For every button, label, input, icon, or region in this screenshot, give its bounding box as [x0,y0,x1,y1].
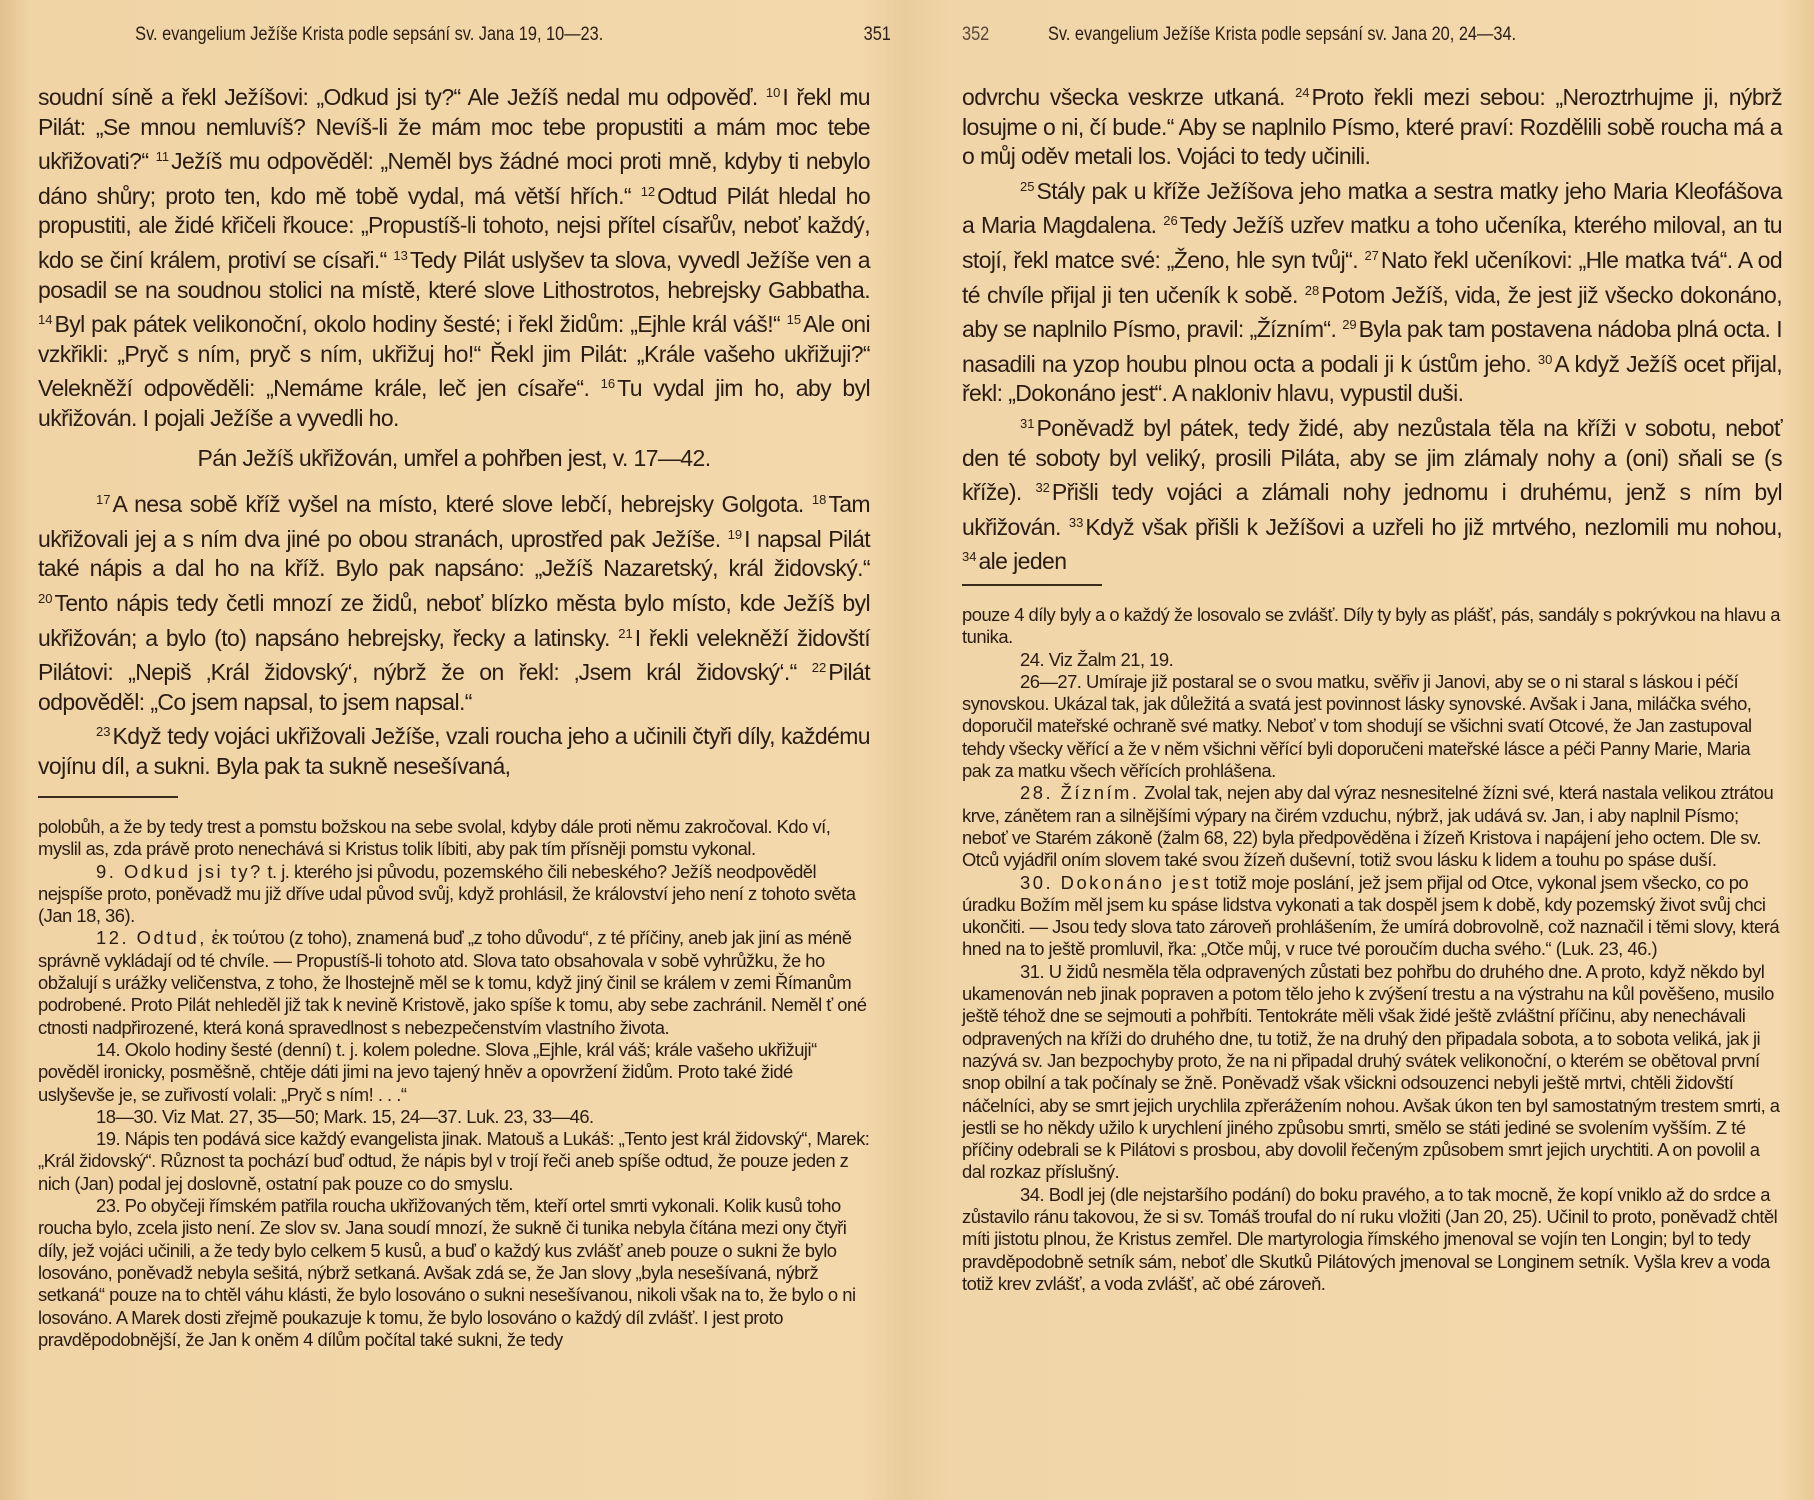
footnote-lead: 14. [96,1039,120,1060]
paragraph: odvrchu všecka veskrze utkaná. 24Proto ř… [962,78,1782,172]
verse-number: 14 [38,312,52,327]
verse-text: Když však přišli k Ježíšovi a uzřeli ho … [1085,514,1782,540]
verse-number: 29 [1342,317,1356,332]
verse-number: 12 [641,184,655,199]
verse-text: Byl pak pátek velikonoční, okolo hodiny … [54,311,780,337]
footnote: 12. Odtud, ἐκ τούτου (z toho), znamená b… [38,927,870,1038]
paragraph: 31Poněvadž byl pátek, tedy židé, aby nez… [962,409,1782,577]
right-main-text: odvrchu všecka veskrze utkaná. 24Proto ř… [962,78,1782,577]
verse-number: 18 [812,492,826,507]
footnote-rule [38,796,178,798]
verse-number: 17 [96,492,110,507]
verse-number: 10 [766,85,780,100]
paragraph: 25Stály pak u kříže Ježíšova jeho matka … [962,172,1782,409]
footnote: 14. Okolo hodiny šesté (denní) t. j. kol… [38,1039,870,1106]
verse-number: 32 [1035,480,1049,495]
footnote-lead: 12. Odtud, [96,927,207,948]
footnote-lead: 30. Dokonáno jest [1020,872,1211,893]
verse-number: 19 [728,527,742,542]
running-head-title: Sv. evangelium Ježíše Krista podle sepsá… [1048,24,1516,46]
right-page: 352 Sv. evangelium Ježíše Krista podle s… [962,0,1782,1500]
footnote: 19. Nápis ten podává sice každý evangeli… [38,1128,870,1195]
verse-number: 31 [1020,416,1034,431]
footnote-lead: 23. [96,1195,120,1216]
paragraph: soudní síně a řekl Ježíšovi: „Odkud jsi … [38,78,870,434]
left-page: Sv. evangelium Ježíše Krista podle sepsá… [38,0,870,1500]
footnote-lead: 31. [1020,961,1044,982]
verse-number: 24 [1295,85,1309,100]
right-running-head: 352 Sv. evangelium Ježíše Krista podle s… [962,24,1667,54]
right-footnotes: pouze 4 díly byly a o každý že losovalo … [962,558,1782,1295]
verse-number: 23 [96,724,110,739]
verse-number: 27 [1364,248,1378,263]
footnote-text: Po obyčeji římském patřila roucha ukřižo… [38,1195,856,1350]
verse-number: 11 [156,149,170,164]
footnote-lead: 24. [1020,649,1044,670]
verse-number: 28 [1305,283,1319,298]
page-number: 351 [864,24,891,46]
verse-number: 26 [1163,213,1177,228]
footnote: 9. Odkud jsi ty? t. j. kterého jsi původ… [38,861,870,928]
footnote: 18—30. Viz Mat. 27, 35—50; Mark. 15, 24—… [38,1106,870,1128]
footnote: 28. Žízním. Zvolal tak, nejen aby dal vý… [962,782,1782,871]
verse-number: 20 [38,591,52,606]
footnote-text: pouze 4 díly byly a o každý že losovalo … [962,604,1780,647]
footnote: 26—27. Umíraje již postaral se o svou ma… [962,671,1782,782]
footnote: polobůh, a že by tedy trest a pomstu bož… [38,816,870,861]
verse-text: A nesa sobě kříž vyšel na místo, které s… [112,491,803,517]
footnote-lead: 18—30. [96,1106,157,1127]
verse-text: odvrchu všecka veskrze utkaná. [962,84,1285,110]
verse-number: 30 [1538,352,1552,367]
left-main-text: soudní síně a řekl Ježíšovi: „Odkud jsi … [38,78,870,781]
footnote-text: Viz Mat. 27, 35—50; Mark. 15, 24—37. Luk… [157,1106,593,1127]
left-footnotes: polobůh, a že by tedy trest a pomstu bož… [38,770,870,1351]
footnote-text: U židů nesměla těla odpravených zůstati … [962,961,1780,1183]
footnote-text: Bodl jej (dle nejstaršího podání) do bok… [962,1184,1777,1294]
verse-number: 25 [1020,179,1034,194]
verse-number: 16 [601,376,615,391]
footnote: 31. U židů nesměla těla odpravených zůst… [962,961,1782,1184]
verse-number: 13 [393,248,407,263]
verse-number: 33 [1069,515,1083,530]
left-running-head: Sv. evangelium Ježíše Krista podle sepsá… [38,24,754,54]
footnote-text: Umíraje již postaral se o svou matku, sv… [962,671,1752,781]
footnote-lead: 26—27. [1020,671,1081,692]
footnote: pouze 4 díly byly a o každý že losovalo … [962,604,1782,649]
verse-text: soudní síně a řekl Ježíšovi: „Odkud jsi … [38,84,758,110]
page-number: 352 [962,24,989,46]
footnote-lead: 28. Žízním. [1020,782,1139,803]
footnote: 30. Dokonáno jest totiž moje poslání, je… [962,872,1782,961]
footnote-lead: 34. [1020,1184,1044,1205]
running-head-title: Sv. evangelium Ježíše Krista podle sepsá… [135,24,603,46]
book-spread: Sv. evangelium Ježíše Krista podle sepsá… [0,0,1814,1500]
footnote-text: polobůh, a že by tedy trest a pomstu bož… [38,816,830,859]
verse-number: 15 [787,312,801,327]
footnote-text: Viz Žalm 21, 19. [1044,649,1173,670]
footnote-rule [962,584,1102,586]
footnote: 34. Bodl jej (dle nejstaršího podání) do… [962,1184,1782,1295]
verse-number: 21 [618,626,632,641]
verse-number: 22 [812,660,826,675]
paragraph: 17A nesa sobě kříž vyšel na místo, které… [38,485,870,717]
footnote: 24. Viz Žalm 21, 19. [962,649,1782,671]
footnote-lead: 19. [96,1128,120,1149]
footnote: 23. Po obyčeji římském patřila roucha uk… [38,1195,870,1351]
section-heading: Pán Ježíš ukřižován, umřel a pohřben jes… [38,444,870,474]
footnote-text: Okolo hodiny šesté (denní) t. j. kolem p… [38,1039,817,1105]
footnote-text: Nápis ten podává sice každý evangelista … [38,1128,869,1194]
footnote-lead: 9. Odkud jsi ty? [96,861,263,882]
